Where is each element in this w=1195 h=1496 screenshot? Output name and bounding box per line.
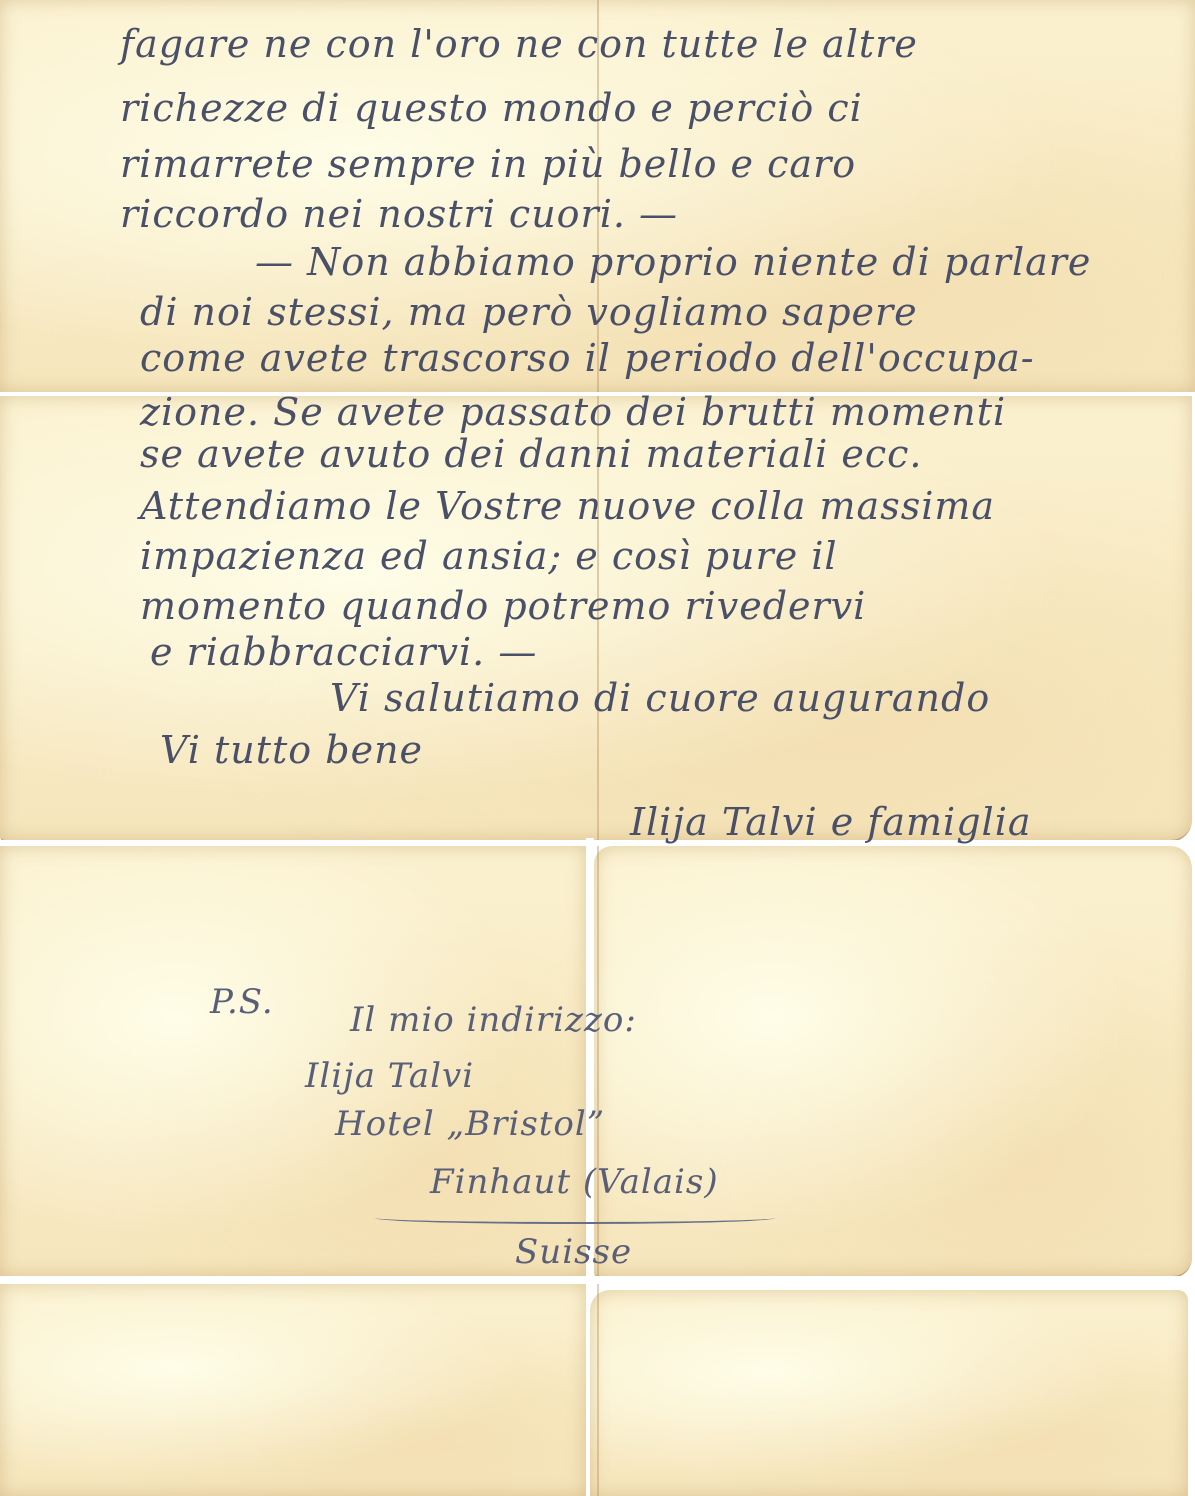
- letter-line: di noi stessi, ma però vogliamo sapere: [140, 290, 918, 334]
- paper-panel-bottom-left: [0, 1284, 586, 1496]
- paper-panel-bottom-right: [590, 1290, 1188, 1496]
- letter-line: se avete avuto dei danni materiali ecc.: [140, 432, 923, 476]
- address-line-country: Suisse: [515, 1232, 632, 1272]
- letter-line: zione. Se avete passato dei brutti momen…: [140, 390, 1006, 434]
- tear-gap-horizontal-3: [0, 1276, 1195, 1284]
- postscript-intro: Il mio indirizzo:: [350, 1000, 637, 1040]
- letter-line: riccordo nei nostri cuori. —: [120, 192, 678, 236]
- postscript-label: P.S.: [210, 982, 274, 1022]
- letter-line: Attendiamo le Vostre nuove colla massima: [140, 484, 995, 528]
- closing-greeting-continued: Vi tutto bene: [160, 728, 423, 772]
- signature: Ilija Talvi e famiglia: [630, 800, 1032, 844]
- letter-line: rimarrete sempre in più bello e caro: [120, 142, 856, 186]
- address-line-town: Finhaut (Valais): [430, 1162, 719, 1202]
- letter-line: momento quando potremo rivedervi: [140, 584, 866, 628]
- address-underline: [375, 1212, 775, 1224]
- letter-line: impazienza ed ansia; e così pure il: [140, 534, 838, 578]
- letter-line: e riabbracciarvi. —: [150, 630, 537, 674]
- letter-line: fagare ne con l'oro ne con tutte le altr…: [120, 22, 918, 66]
- letter-line: come avete trascorso il periodo dell'occ…: [140, 336, 1035, 380]
- letter-line: richezze di questo mondo e perciò ci: [120, 86, 863, 130]
- address-line-hotel: Hotel „Bristol”: [335, 1104, 605, 1144]
- address-line-name: Ilija Talvi: [305, 1056, 474, 1096]
- tear-gap-vertical-center: [586, 838, 594, 878]
- closing-greeting: Vi salutiamo di cuore augurando: [330, 676, 990, 720]
- letter-line: — Non abbiamo proprio niente di parlare: [255, 240, 1091, 284]
